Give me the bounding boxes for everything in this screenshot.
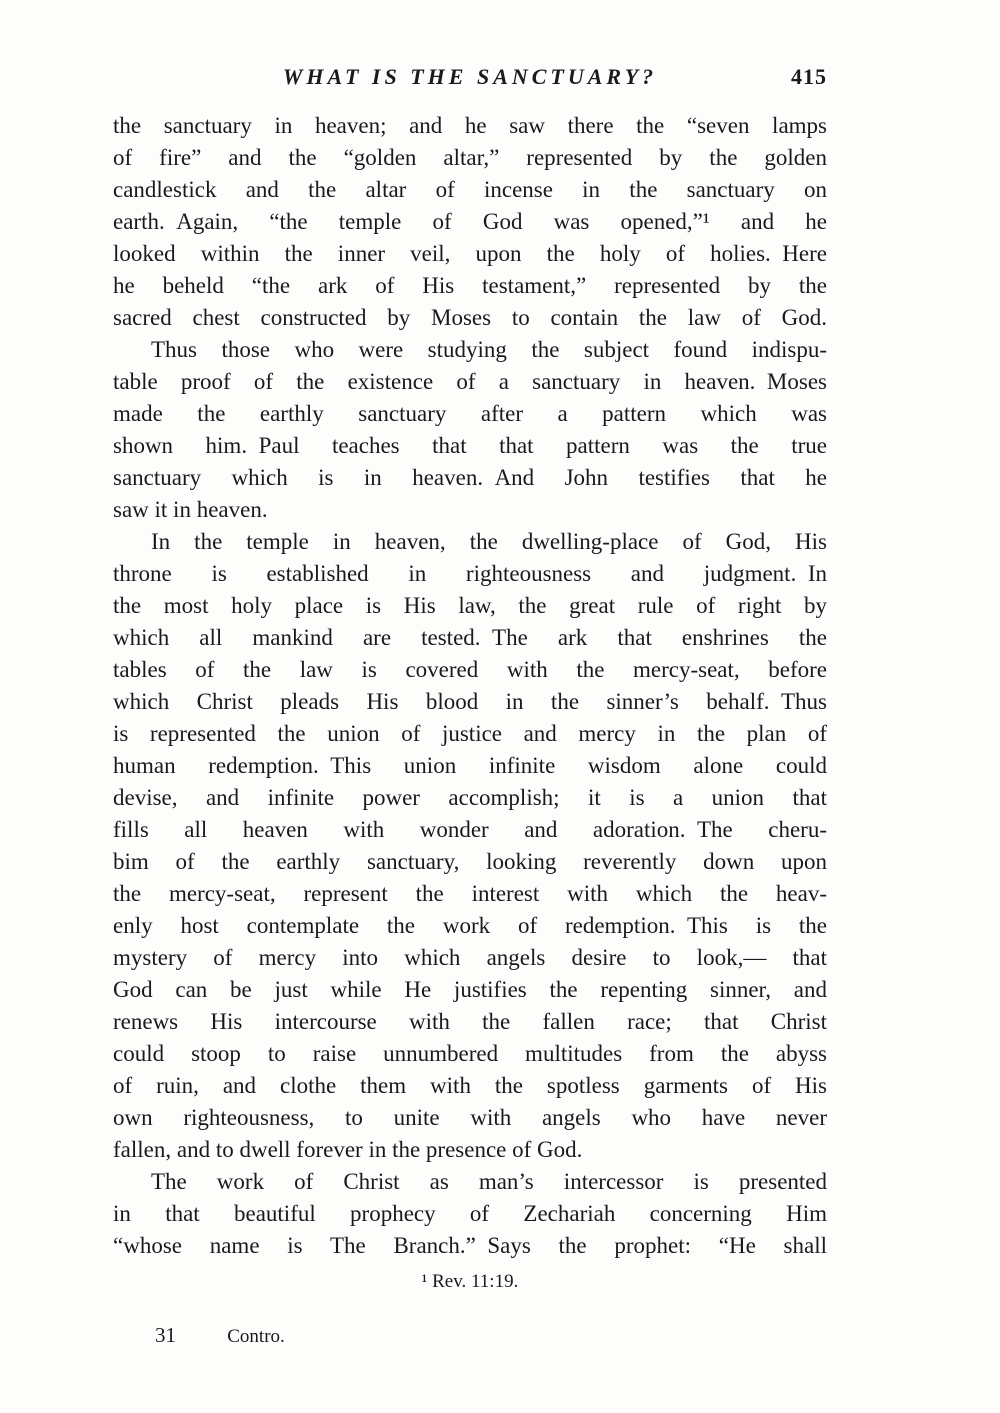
text-line: renews His intercourse with the fallen r… xyxy=(113,1006,827,1038)
text-line: human redemption. This union infinite wi… xyxy=(113,750,827,782)
text-line: the mercy-seat, represent the interest w… xyxy=(113,878,827,910)
text-line: of ruin, and clothe them with the spotle… xyxy=(113,1070,827,1102)
text-line: saw it in heaven. xyxy=(113,494,827,526)
running-head: WHAT IS THE SANCTUARY? 415 xyxy=(113,64,827,96)
signature-label: Contro. xyxy=(227,1324,285,1350)
text-line: In the temple in heaven, the dwelling-pl… xyxy=(113,526,827,558)
book-page: WHAT IS THE SANCTUARY? 415 the sanctuary… xyxy=(0,0,1000,1413)
text-line: The work of Christ as man’s intercessor … xyxy=(113,1166,827,1198)
text-line: sacred chest constructed by Moses to con… xyxy=(113,302,827,334)
text-line: fills all heaven with wonder and adorati… xyxy=(113,814,827,846)
footnote: ¹ Rev. 11:19. xyxy=(113,1270,827,1294)
text-line: devise, and infinite power accomplish; i… xyxy=(113,782,827,814)
text-line: which Christ pleads His blood in the sin… xyxy=(113,686,827,718)
text-line: which all mankind are tested. The ark th… xyxy=(113,622,827,654)
text-line: God can be just while He justifies the r… xyxy=(113,974,827,1006)
text-line: looked within the inner veil, upon the h… xyxy=(113,238,827,270)
signature-number: 31 xyxy=(155,1322,176,1348)
text-line: made the earthly sanctuary after a patte… xyxy=(113,398,827,430)
text-line: shown him. Paul teaches that that patter… xyxy=(113,430,827,462)
text-line: the sanctuary in heaven; and he saw ther… xyxy=(113,110,827,142)
text-line: tables of the law is covered with the me… xyxy=(113,654,827,686)
text-line: of fire” and the “golden altar,” represe… xyxy=(113,142,827,174)
text-line: “whose name is The Branch.” Says the pro… xyxy=(113,1230,827,1262)
text-line: is represented the union of justice and … xyxy=(113,718,827,750)
text-line: enly host contemplate the work of redemp… xyxy=(113,910,827,942)
page-title: WHAT IS THE SANCTUARY? xyxy=(283,64,657,90)
text-line: earth. Again, “the temple of God was ope… xyxy=(113,206,827,238)
text-line: Thus those who were studying the subject… xyxy=(113,334,827,366)
text-line: fallen, and to dwell forever in the pres… xyxy=(113,1134,827,1166)
body-text: the sanctuary in heaven; and he saw ther… xyxy=(113,110,827,1262)
text-line: candlestick and the altar of incense in … xyxy=(113,174,827,206)
text-line: own righteousness, to unite with angels … xyxy=(113,1102,827,1134)
text-line: he beheld “the ark of His testament,” re… xyxy=(113,270,827,302)
text-line: table proof of the existence of a sanctu… xyxy=(113,366,827,398)
text-line: mystery of mercy into which angels desir… xyxy=(113,942,827,974)
text-line: throne is established in righteousness a… xyxy=(113,558,827,590)
text-line: in that beautiful prophecy of Zechariah … xyxy=(113,1198,827,1230)
page-number: 415 xyxy=(791,64,827,90)
text-line: could stoop to raise unnumbered multitud… xyxy=(113,1038,827,1070)
text-line: sanctuary which is in heaven. And John t… xyxy=(113,462,827,494)
text-line: the most holy place is His law, the grea… xyxy=(113,590,827,622)
signature-line: 31 Contro. xyxy=(155,1322,285,1350)
text-line: bim of the earthly sanctuary, looking re… xyxy=(113,846,827,878)
